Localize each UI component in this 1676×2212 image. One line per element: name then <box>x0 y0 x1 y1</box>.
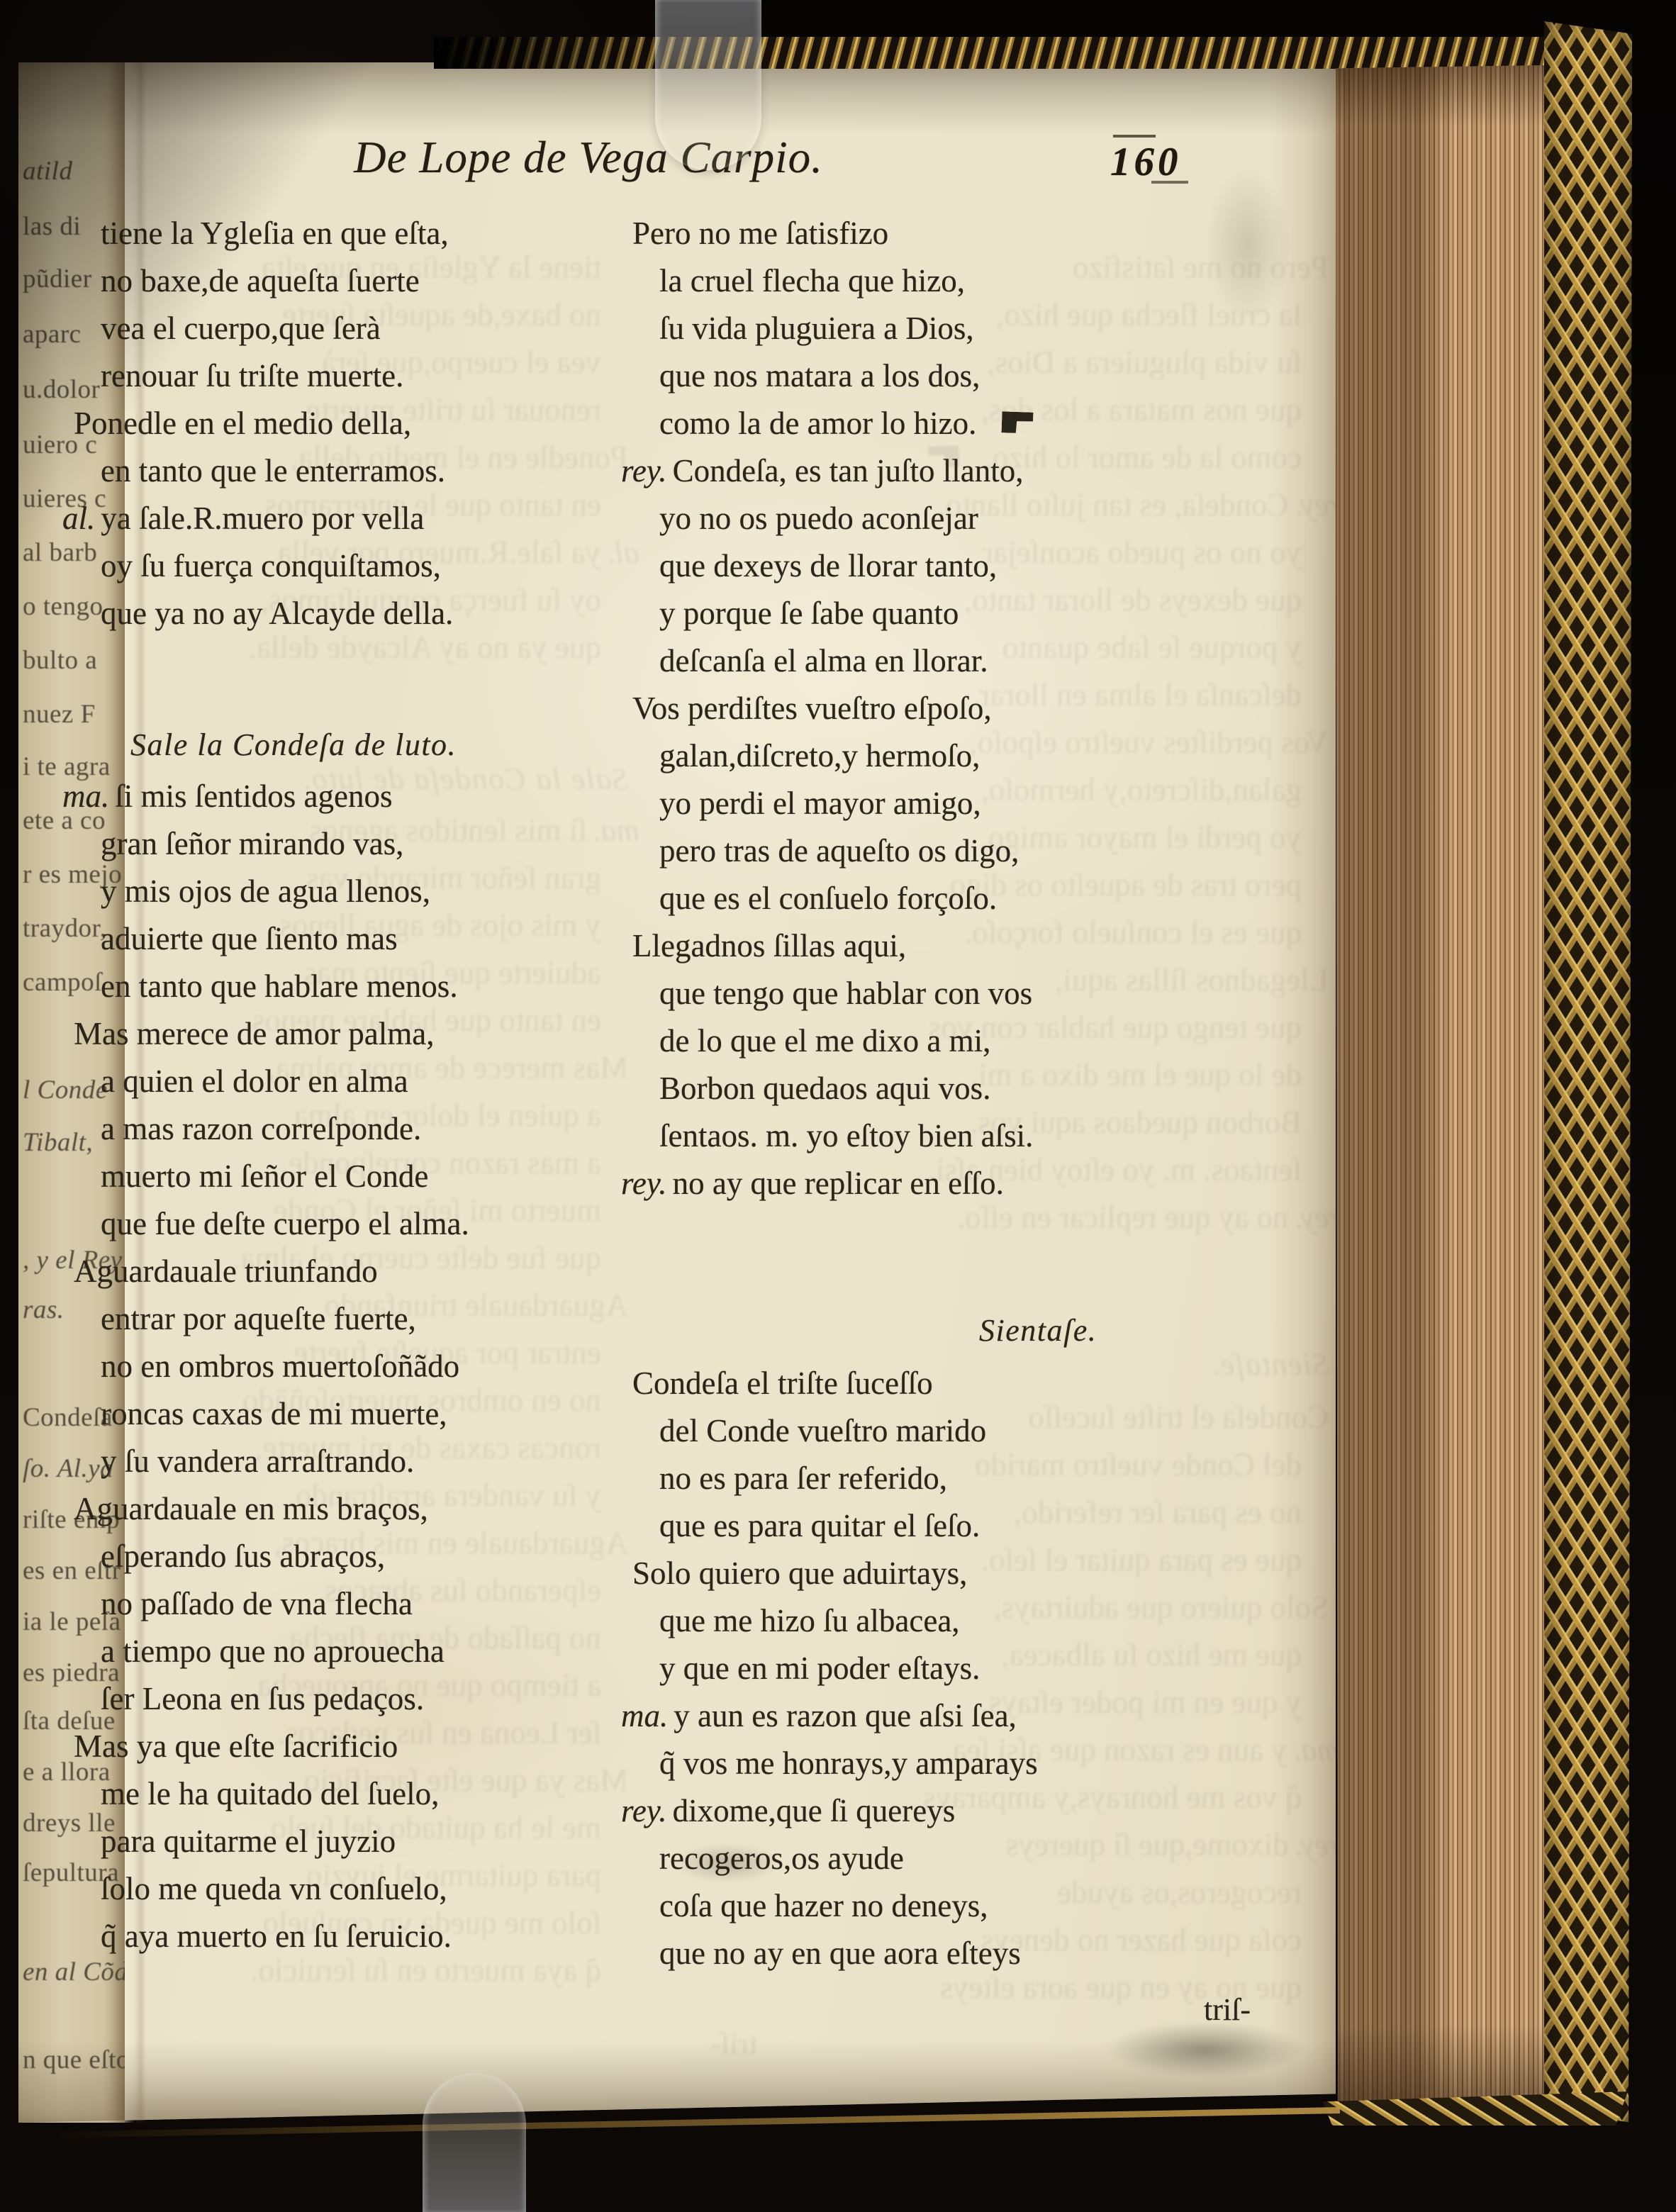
verse-line: que dexeys de llorar tanto, <box>621 542 1330 590</box>
running-title: De Lope de Vega Carpio. <box>184 132 993 184</box>
text-block-fore-edge <box>1336 65 1546 2107</box>
verse-line: ma.ſi mis ſentidos agenos <box>62 773 630 820</box>
printer-ink-mark <box>1002 411 1034 434</box>
line-text: Llegadnos ſillas aqui, <box>632 928 906 963</box>
verse-line: en tanto que hablare menos. <box>62 963 630 1010</box>
line-text: a quien el dolor en alma <box>101 1063 408 1099</box>
verse-line: aduierte que ſiento mas <box>62 915 630 963</box>
line-text: del Conde vueſtro marido <box>659 1413 986 1448</box>
line-text: aduierte que ſiento mas <box>101 921 398 956</box>
verse-line: Llegadnos ſillas aqui, <box>621 922 1330 970</box>
verse-line: roncas caxas de mi muerte, <box>62 1390 630 1438</box>
line-text: y que en mi poder eſtays. <box>659 1650 980 1686</box>
photo-of-open-book: { "header": { "running_title": "De Lope … <box>0 0 1676 2212</box>
verse-line: yo no os puedo aconſejar <box>621 495 1330 542</box>
verse-line: a tiempo que no aprouecha <box>62 1628 630 1675</box>
verse-line: Mas merece de amor palma, <box>62 1010 630 1058</box>
line-text: dixome,que ſi quereys <box>673 1793 956 1828</box>
verse-line: y mis ojos de agua llenos, <box>62 868 630 915</box>
fragment-line: ras. <box>23 1295 65 1325</box>
line-text: no ay que replicar en eſſo. <box>673 1166 1004 1201</box>
verse-line: que fue deſte cuerpo el alma. <box>62 1200 630 1248</box>
line-text: Pero no me ſatisfizo <box>632 216 888 251</box>
fragment-line: atild <box>23 156 72 186</box>
line-text: ſer Leona en ſus pedaços. <box>101 1681 424 1716</box>
line-text: Condeſa, es tan juſto llanto, <box>673 453 1024 488</box>
verse-line: a mas razon correſponde. <box>62 1105 630 1153</box>
verse-line: no en ombros muertoſoñãdo <box>62 1343 630 1390</box>
line-text: tiene la Ygleſia en que eſta, <box>101 216 449 251</box>
line-text: oy ſu fuerça conquiſtamos, <box>101 548 441 583</box>
line-text: que dexeys de llorar tanto, <box>659 548 997 583</box>
line-text: yo perdi el mayor amigo, <box>659 786 981 821</box>
line-text: Solo quiero que aduirtays, <box>632 1555 967 1591</box>
verse-line: al.ya ſale.R.muero por vella <box>62 495 630 542</box>
line-text: Sientaſe. <box>979 1313 1097 1348</box>
line-text: que no ay en que aora eſteys <box>659 1935 1021 1971</box>
line-text: en tanto que hablare menos. <box>101 968 458 1004</box>
catchword: triſ- <box>621 1986 1330 2033</box>
verse-line: y porque ſe ſabe quanto <box>621 590 1330 637</box>
stage-direction: Sale la Condeſa de luto. <box>62 721 630 769</box>
speaker-label: rey. <box>621 453 667 488</box>
verse-line: que ya no ay Alcayde della. <box>62 590 630 637</box>
line-text: recogeros,os ayude <box>659 1840 904 1876</box>
verse-line: que nos matara a los dos, <box>621 352 1330 400</box>
line-text: coſa que hazer no deneys, <box>659 1888 988 1923</box>
verse-line: Mas ya que eſte ſacrificio <box>62 1723 630 1770</box>
speaker-label: rey. <box>621 1166 667 1201</box>
line-text: para quitarme el juyzio <box>101 1823 396 1859</box>
line-text: me le ha quitado del ſuelo, <box>101 1776 439 1811</box>
line-text: Vos perdiſtes vueſtro eſpoſo, <box>632 691 992 726</box>
line-text: galan,diſcreto,y hermoſo, <box>659 738 980 773</box>
speaker-label: al. <box>62 501 95 536</box>
verse-line: y ſu vandera arraſtrando. <box>62 1438 630 1485</box>
verse-line: a quien el dolor en alma <box>62 1058 630 1105</box>
verse-line: deſcanſa el alma en llorar. <box>621 637 1330 685</box>
line-text: vea el cuerpo,que ſerà <box>101 311 381 346</box>
verse-line: que me hizo ſu albacea, <box>621 1597 1330 1645</box>
line-text: Ponedle en el medio della, <box>74 406 411 441</box>
left-text-column: tiene la Ygleſia en que eſta,no baxe,de … <box>62 210 630 1960</box>
verse-line: Aguardauale en mis braços, <box>62 1485 630 1533</box>
speaker-label: ma. <box>62 778 109 814</box>
gilt-tooled-binding-edge <box>1544 21 1632 2128</box>
line-text: y mis ojos de agua llenos, <box>101 873 430 909</box>
verse-line: coſa que hazer no deneys, <box>621 1882 1330 1930</box>
verse-line: no es para ſer referido, <box>621 1455 1330 1502</box>
verse-line: Borbon quedaos aqui vos. <box>621 1065 1330 1112</box>
line-text: que fue deſte cuerpo el alma. <box>101 1206 469 1241</box>
verse-line: q̃ aya muerto en ſu ſeruicio. <box>62 1913 630 1960</box>
verse-line: como la de amor lo hizo. <box>621 400 1330 447</box>
verse-line: oy ſu fuerça conquiſtamos, <box>62 542 630 590</box>
line-text: Mas ya que eſte ſacrificio <box>74 1728 398 1764</box>
line-text: Sale la Condeſa de luto. <box>130 727 457 762</box>
line-text: y porque ſe ſabe quanto <box>659 596 959 631</box>
line-text: renouar ſu triſte muerte. <box>101 358 403 393</box>
verse-line: yo perdi el mayor amigo, <box>621 780 1330 827</box>
fragment-line: en al Cõd <box>23 1957 125 1987</box>
verse-line: Pero no me ſatisfizo <box>621 210 1330 257</box>
line-text: que me hizo ſu albacea, <box>659 1603 960 1638</box>
right-text-column: Pero no me ſatisfizola cruel flecha que … <box>621 210 1330 2033</box>
verse-line: en tanto que le enterramos. <box>62 447 630 495</box>
verse-line: recogeros,os ayude <box>621 1835 1330 1882</box>
verse-line: ma.y aun es razon que aſsi ſea, <box>621 1692 1330 1740</box>
line-text: no en ombros muertoſoñãdo <box>101 1348 459 1384</box>
verse-line: que tengo que hablar con vos <box>621 970 1330 1017</box>
line-text: Condeſa el triſte ſuceſſo <box>632 1365 933 1401</box>
line-text: que es para quitar el ſeſo. <box>659 1508 980 1543</box>
verse-line: me le ha quitado del ſuelo, <box>62 1770 630 1818</box>
line-text: y ſu vandera arraſtrando. <box>101 1443 414 1479</box>
verse-line: Solo quiero que aduirtays, <box>621 1550 1330 1597</box>
verse-line: vea el cuerpo,que ſerà <box>62 305 630 352</box>
line-text: como la de amor lo hizo. <box>659 406 976 441</box>
speaker-label: ma. <box>621 1698 668 1733</box>
verse-line: Vos perdiſtes vueſtro eſpoſo, <box>621 685 1330 732</box>
stage-direction: Sientaſe. <box>621 1307 1330 1354</box>
verse-line: tiene la Ygleſia en que eſta, <box>62 210 630 257</box>
fragment-line: n que eſto <box>23 2045 125 2075</box>
line-text: ſi mis ſentidos agenos <box>115 778 392 814</box>
verse-line: que es para quitar el ſeſo. <box>621 1502 1330 1550</box>
line-text: ya ſale.R.muero por vella <box>101 501 424 536</box>
line-text: q̃ vos me honrays,y amparays <box>659 1745 1038 1781</box>
line-text: que nos matara a los dos, <box>659 358 980 393</box>
page-number: 160 <box>1110 139 1182 185</box>
line-text: que ya no ay Alcayde della. <box>101 596 453 631</box>
line-text: la cruel flecha que hizo, <box>659 263 965 298</box>
gilt-top-edge <box>434 37 1616 69</box>
verse-line: de lo que el me dixo a mi, <box>621 1017 1330 1065</box>
verse-line: galan,diſcreto,y hermoſo, <box>621 732 1330 780</box>
line-text: deſcanſa el alma en llorar. <box>659 643 988 678</box>
verse-line: y que en mi poder eſtays. <box>621 1645 1330 1692</box>
line-text: yo no os puedo aconſejar <box>659 501 978 536</box>
line-text: eſperando ſus abraços, <box>101 1538 385 1574</box>
verse-line: no paſſado de vna flecha <box>62 1580 630 1628</box>
line-text: Mas merece de amor palma, <box>74 1016 435 1051</box>
speaker-label: rey. <box>621 1793 667 1828</box>
verse-line: gran ſeñor mirando vas, <box>62 820 630 868</box>
line-text: muerto mi ſeñor el Conde <box>101 1158 428 1194</box>
line-text: ſolo me queda vn conſuelo, <box>101 1871 447 1906</box>
verse-line: la cruel flecha que hizo, <box>621 257 1330 305</box>
line-text: Aguardauale triunfando <box>74 1253 378 1289</box>
line-text: q̃ aya muerto en ſu ſeruicio. <box>101 1918 452 1954</box>
verse-line: que es el conſuelo forçoſo. <box>621 875 1330 922</box>
verse-line: entrar por aqueſte fuerte, <box>62 1295 630 1343</box>
line-text: triſ- <box>1204 1992 1251 2027</box>
verse-line: muerto mi ſeñor el Conde <box>62 1153 630 1200</box>
line-text: y aun es razon que aſsi ſea, <box>674 1698 1017 1733</box>
verse-line: eſperando ſus abraços, <box>62 1533 630 1580</box>
line-text: Aguardauale en mis braços, <box>74 1491 428 1526</box>
line-text: que es el conſuelo forçoſo. <box>659 881 997 916</box>
verse-line: Condeſa el triſte ſuceſſo <box>621 1360 1330 1407</box>
line-text: roncas caxas de mi muerte, <box>101 1396 447 1431</box>
verse-line: Ponedle en el medio della, <box>62 400 630 447</box>
verse-line: ſer Leona en ſus pedaços. <box>62 1675 630 1723</box>
line-text: pero tras de aqueſto os digo, <box>659 833 1019 868</box>
verse-line: rey.dixome,que ſi quereys <box>621 1787 1330 1835</box>
verse-line: q̃ vos me honrays,y amparays <box>621 1740 1330 1787</box>
verse-line: no baxe,de aqueſta ſuerte <box>62 257 630 305</box>
line-text: a tiempo que no aprouecha <box>101 1633 445 1669</box>
line-text: no baxe,de aqueſta ſuerte <box>101 263 420 298</box>
verse-line: renouar ſu triſte muerte. <box>62 352 630 400</box>
verse-line: pero tras de aqueſto os digo, <box>621 827 1330 875</box>
line-text: a mas razon correſponde. <box>101 1111 421 1146</box>
verse-line: ſentaos. m. yo eſtoy bien aſsi. <box>621 1112 1330 1160</box>
verse-line: ſu vida pluguiera a Dios, <box>621 305 1330 352</box>
verse-line: rey.no ay que replicar en eſſo. <box>621 1160 1330 1207</box>
line-text: no es para ſer referido, <box>659 1460 947 1496</box>
verse-line: ſolo me queda vn conſuelo, <box>62 1865 630 1913</box>
line-text: entrar por aqueſte fuerte, <box>101 1301 416 1336</box>
verse-line: para quitarme el juyzio <box>62 1818 630 1865</box>
line-text: en tanto que le enterramos. <box>101 453 445 488</box>
verse-line: Aguardauale triunfando <box>62 1248 630 1295</box>
line-text: que tengo que hablar con vos <box>659 976 1032 1011</box>
line-text: de lo que el me dixo a mi, <box>659 1023 990 1058</box>
line-text: no paſſado de vna flecha <box>101 1586 413 1621</box>
verse-line: rey.Condeſa, es tan juſto llanto, <box>621 447 1330 495</box>
line-text: Borbon quedaos aqui vos. <box>659 1071 990 1106</box>
line-text: gran ſeñor mirando vas, <box>101 826 403 861</box>
verse-line: que no ay en que aora eſteys <box>621 1930 1330 1977</box>
line-text: ſu vida pluguiera a Dios, <box>659 311 974 346</box>
line-text: ſentaos. m. yo eſtoy bien aſsi. <box>659 1118 1033 1154</box>
verse-line: del Conde vueſtro marido <box>621 1407 1330 1455</box>
